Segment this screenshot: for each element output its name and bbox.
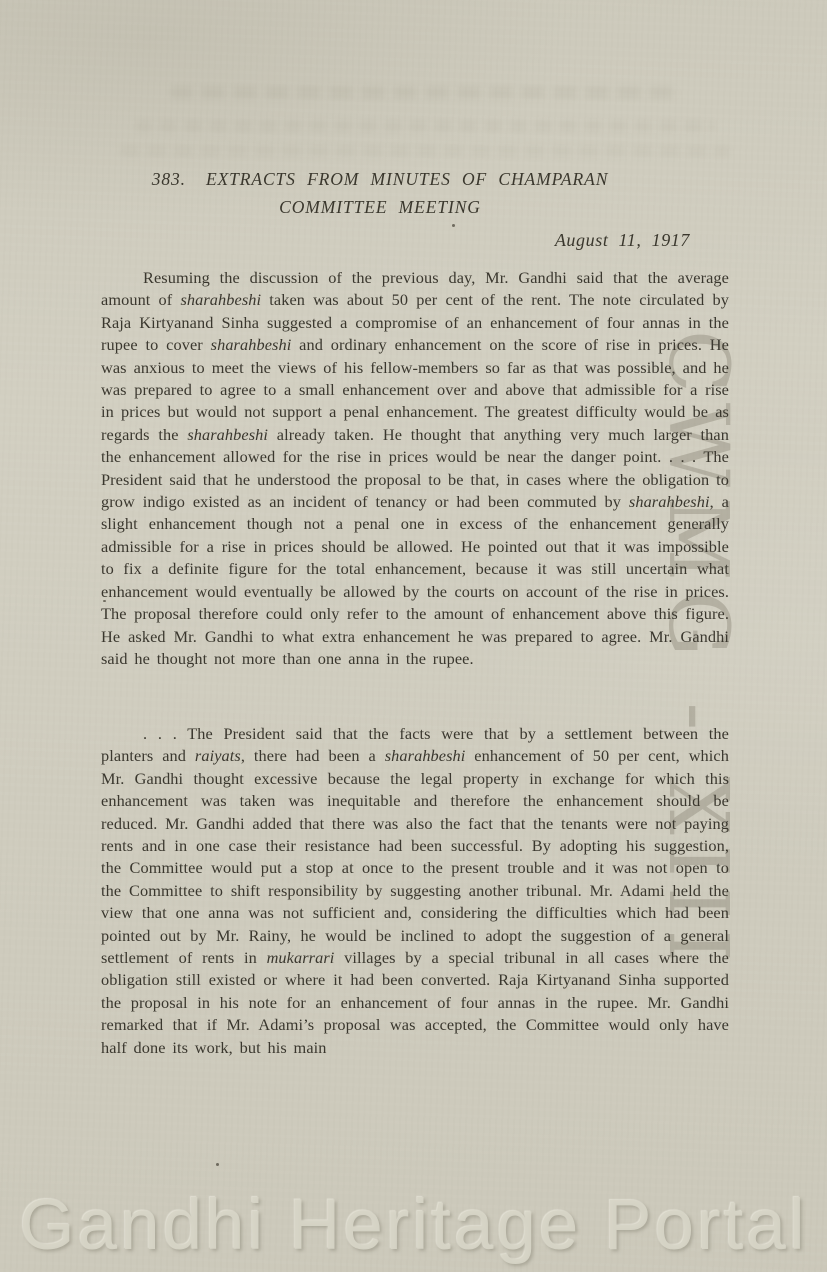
paragraph: Resuming the discussion of the previous … — [101, 267, 729, 670]
bleedthrough-smudge — [170, 86, 680, 99]
bleedthrough-smudge — [135, 120, 715, 132]
scan-speck — [103, 600, 106, 602]
scanned-page: CWMG - XIII 383.EXTRACTS FROM MINUTES OF… — [0, 0, 827, 1272]
dateline: August 11, 1917 — [555, 230, 690, 251]
text-run: , there had been a — [241, 746, 385, 765]
title-line-2: COMMITTEE MEETING — [48, 193, 712, 221]
italic-term: raiyats — [195, 746, 241, 765]
italic-term: sharahbeshi — [385, 746, 466, 765]
italic-term: sharahbeshi — [211, 335, 292, 354]
italic-term: sharahbeshi — [629, 492, 710, 511]
bleedthrough-smudge — [120, 145, 730, 157]
paragraph: . . . The President said that the facts … — [101, 723, 729, 1059]
scan-speck — [452, 224, 455, 227]
italic-term: sharahbeshi — [187, 425, 268, 444]
text-run: enhancement of 50 per cent, which Mr. Ga… — [101, 746, 729, 967]
italic-term: mukarrari — [267, 948, 335, 967]
italic-term: sharahbeshi — [180, 290, 261, 309]
document-heading: 383.EXTRACTS FROM MINUTES OF CHAMPARAN C… — [48, 165, 712, 221]
title-text: EXTRACTS FROM MINUTES OF CHAMPARAN — [206, 169, 608, 189]
item-number: 383. — [152, 169, 186, 189]
text-run: , a slight enhancement though not a pena… — [101, 492, 729, 668]
watermark-portal-bottom: Gandhi Heritage Portal — [0, 1185, 827, 1266]
title-line-1: 383.EXTRACTS FROM MINUTES OF CHAMPARAN — [48, 165, 712, 193]
scan-speck — [216, 1163, 219, 1166]
